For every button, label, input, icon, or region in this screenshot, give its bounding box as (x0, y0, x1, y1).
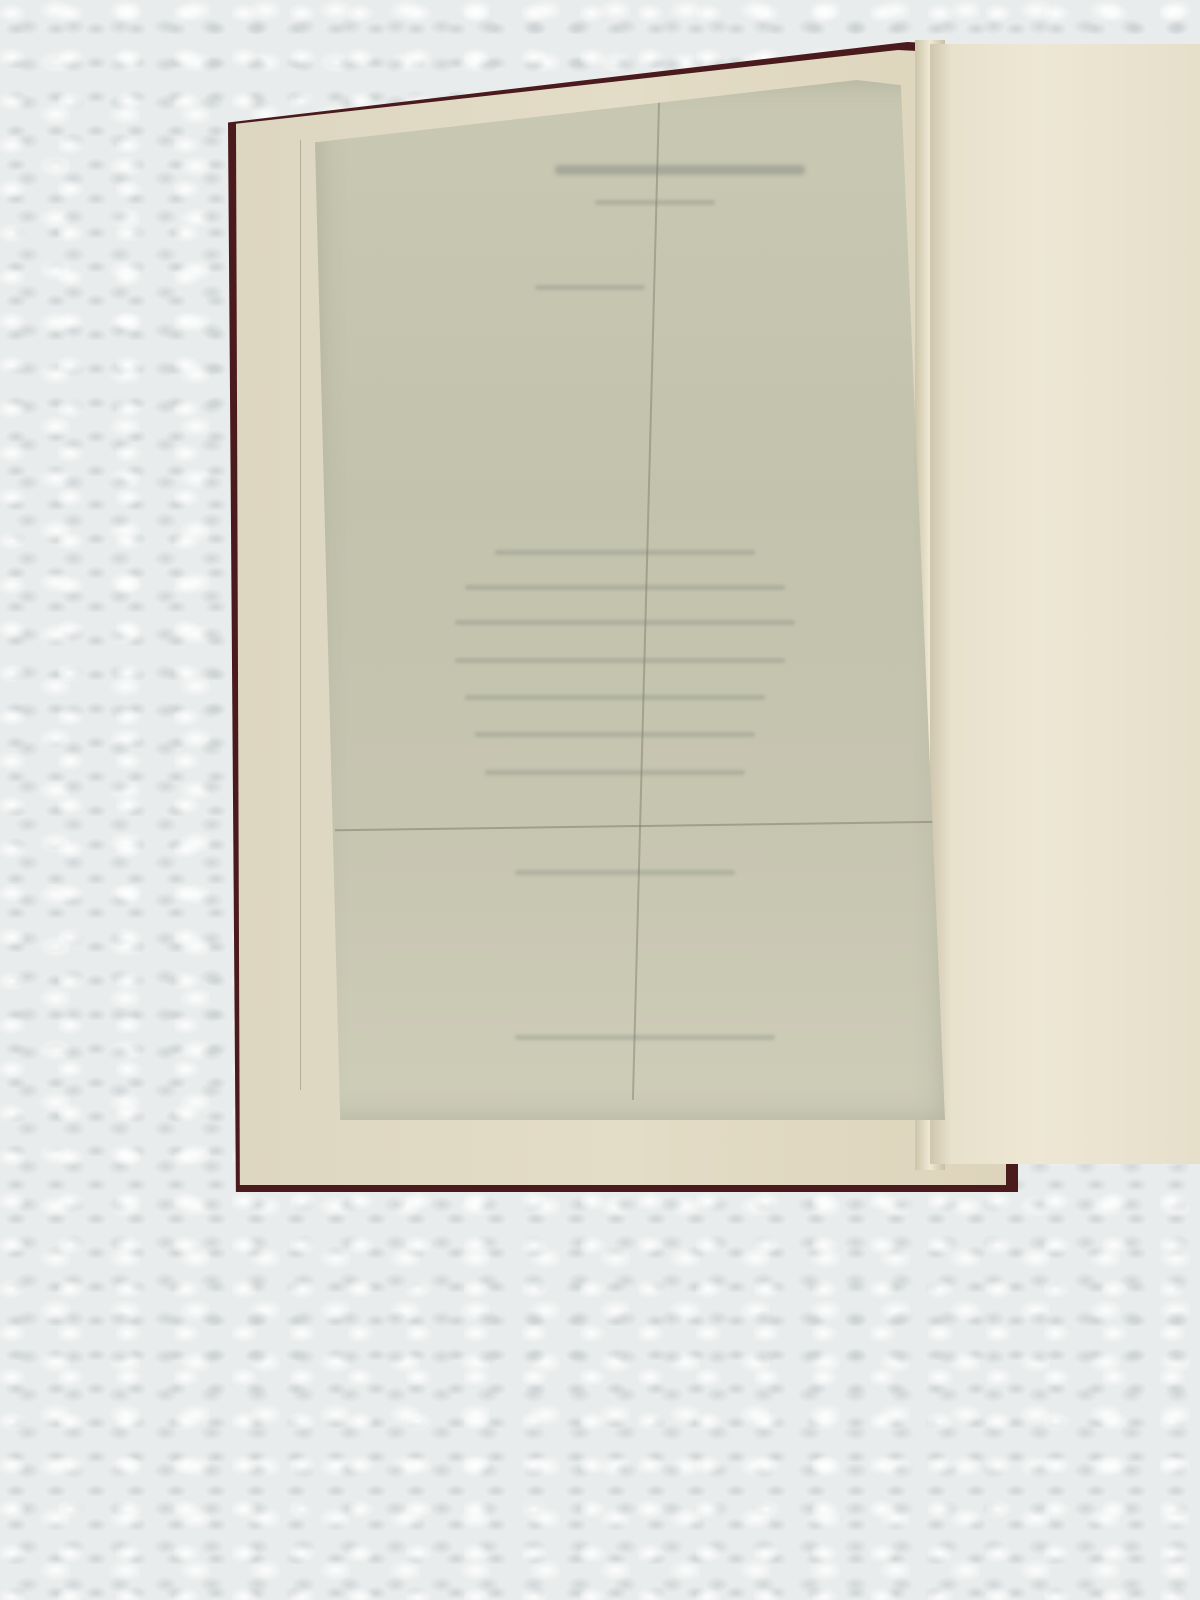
letter-line (495, 550, 755, 555)
book-right-page (930, 44, 1200, 1164)
letter-line (465, 585, 785, 590)
letter-line (455, 620, 795, 625)
letter-line (485, 770, 745, 775)
letterhead (555, 165, 805, 175)
photo-scene: [illegible handwriting] [illegible] [ill… (0, 0, 1200, 1600)
vertical-fold (632, 100, 660, 1100)
letter-line (465, 695, 765, 700)
letter-line (535, 285, 645, 290)
page-edge (300, 140, 311, 1090)
signature-line (515, 1035, 775, 1040)
letter-line (455, 658, 785, 663)
letter-line (475, 732, 755, 737)
letter-line (515, 870, 735, 875)
folded-letter: [illegible handwriting] [illegible] [ill… (315, 80, 945, 1120)
